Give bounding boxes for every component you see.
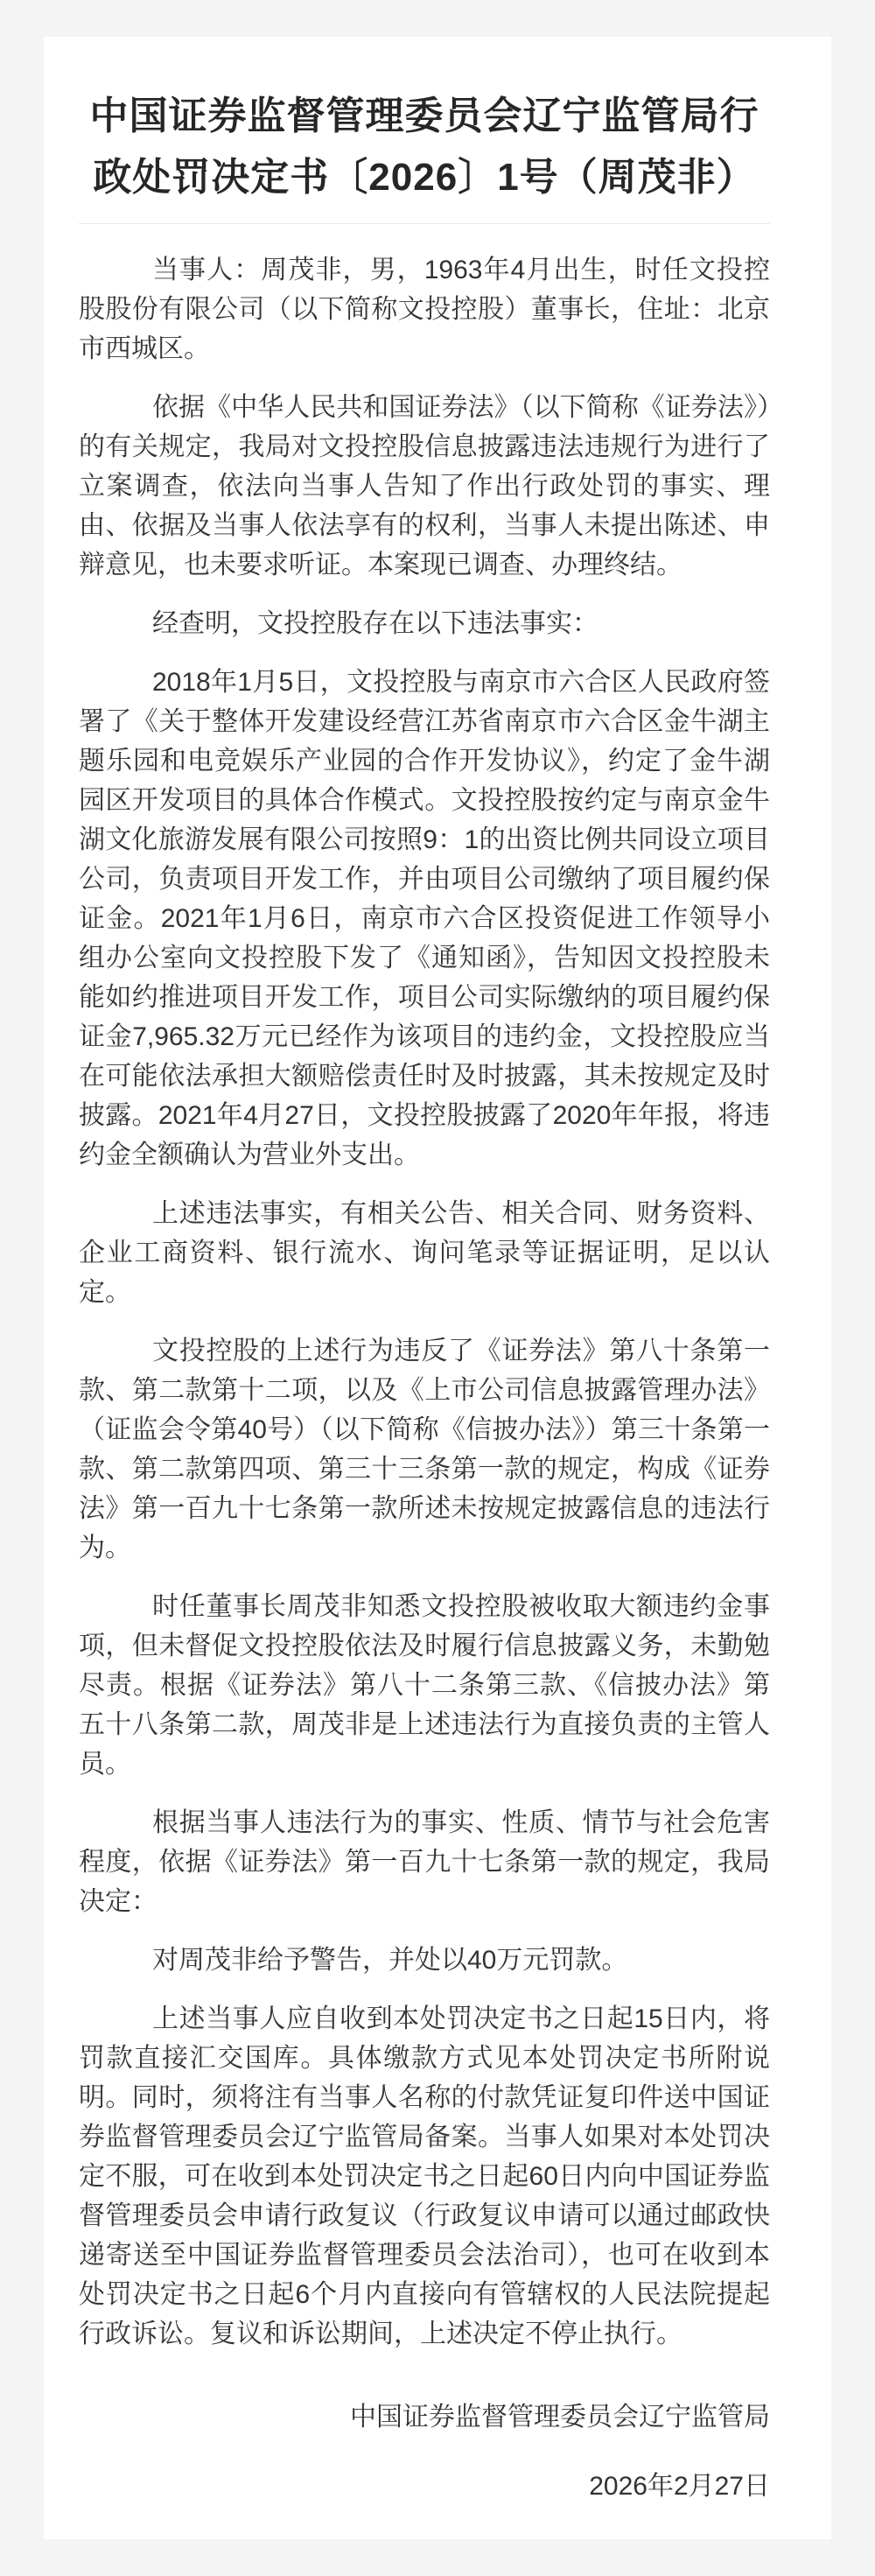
issuer-signature: 中国证券监督管理委员会辽宁监管局 xyxy=(79,2397,770,2437)
document-paragraph: 时任董事长周茂非知悉文投控股被收取大额违约金事项，但未督促文投控股依法及时履行信… xyxy=(79,1587,770,1784)
document-paragraph: 上述当事人应自收到本处罚决定书之日起15日内，将罚款直接汇交国库。具体缴款方式见… xyxy=(79,1999,770,2354)
title-divider xyxy=(79,223,770,224)
document-paragraph: 文投控股的上述行为违反了《证券法》第八十条第一款、第二款第十二项，以及《上市公司… xyxy=(79,1331,770,1568)
document-body: 当事人：周茂非，男，1963年4月出生，时任文投控股股份有限公司（以下简称文投控… xyxy=(79,250,770,2354)
document-paragraph: 根据当事人违法行为的事实、性质、情节与社会危害程度，依据《证券法》第一百九十七条… xyxy=(79,1803,770,1921)
document-paragraph: 依据《中华人民共和国证券法》（以下简称《证券法》）的有关规定，我局对文投控股信息… xyxy=(79,388,770,585)
document-paragraph: 上述违法事实，有相关公告、相关合同、财务资料、企业工商资料、银行流水、询问笔录等… xyxy=(79,1194,770,1312)
issue-date: 2026年2月27日 xyxy=(79,2467,770,2506)
document-paragraph: 2018年1月5日，文投控股与南京市六合区人民政府签署了《关于整体开发建设经营江… xyxy=(79,663,770,1175)
document-paragraph: 当事人：周茂非，男，1963年4月出生，时任文投控股股份有限公司（以下简称文投控… xyxy=(79,250,770,369)
page-background: { "page": { "background_color": "#f4f4f5… xyxy=(0,37,875,2539)
document-card: 中国证券监督管理委员会辽宁监管局行政处罚决定书〔2026〕1号（周茂非） 当事人… xyxy=(44,37,831,2539)
document-paragraph: 对周茂非给予警告，并处以40万元罚款。 xyxy=(79,1941,770,1980)
document-title: 中国证券监督管理委员会辽宁监管局行政处罚决定书〔2026〕1号（周茂非） xyxy=(79,86,770,209)
document-paragraph: 经查明，文投控股存在以下违法事实： xyxy=(79,604,770,643)
